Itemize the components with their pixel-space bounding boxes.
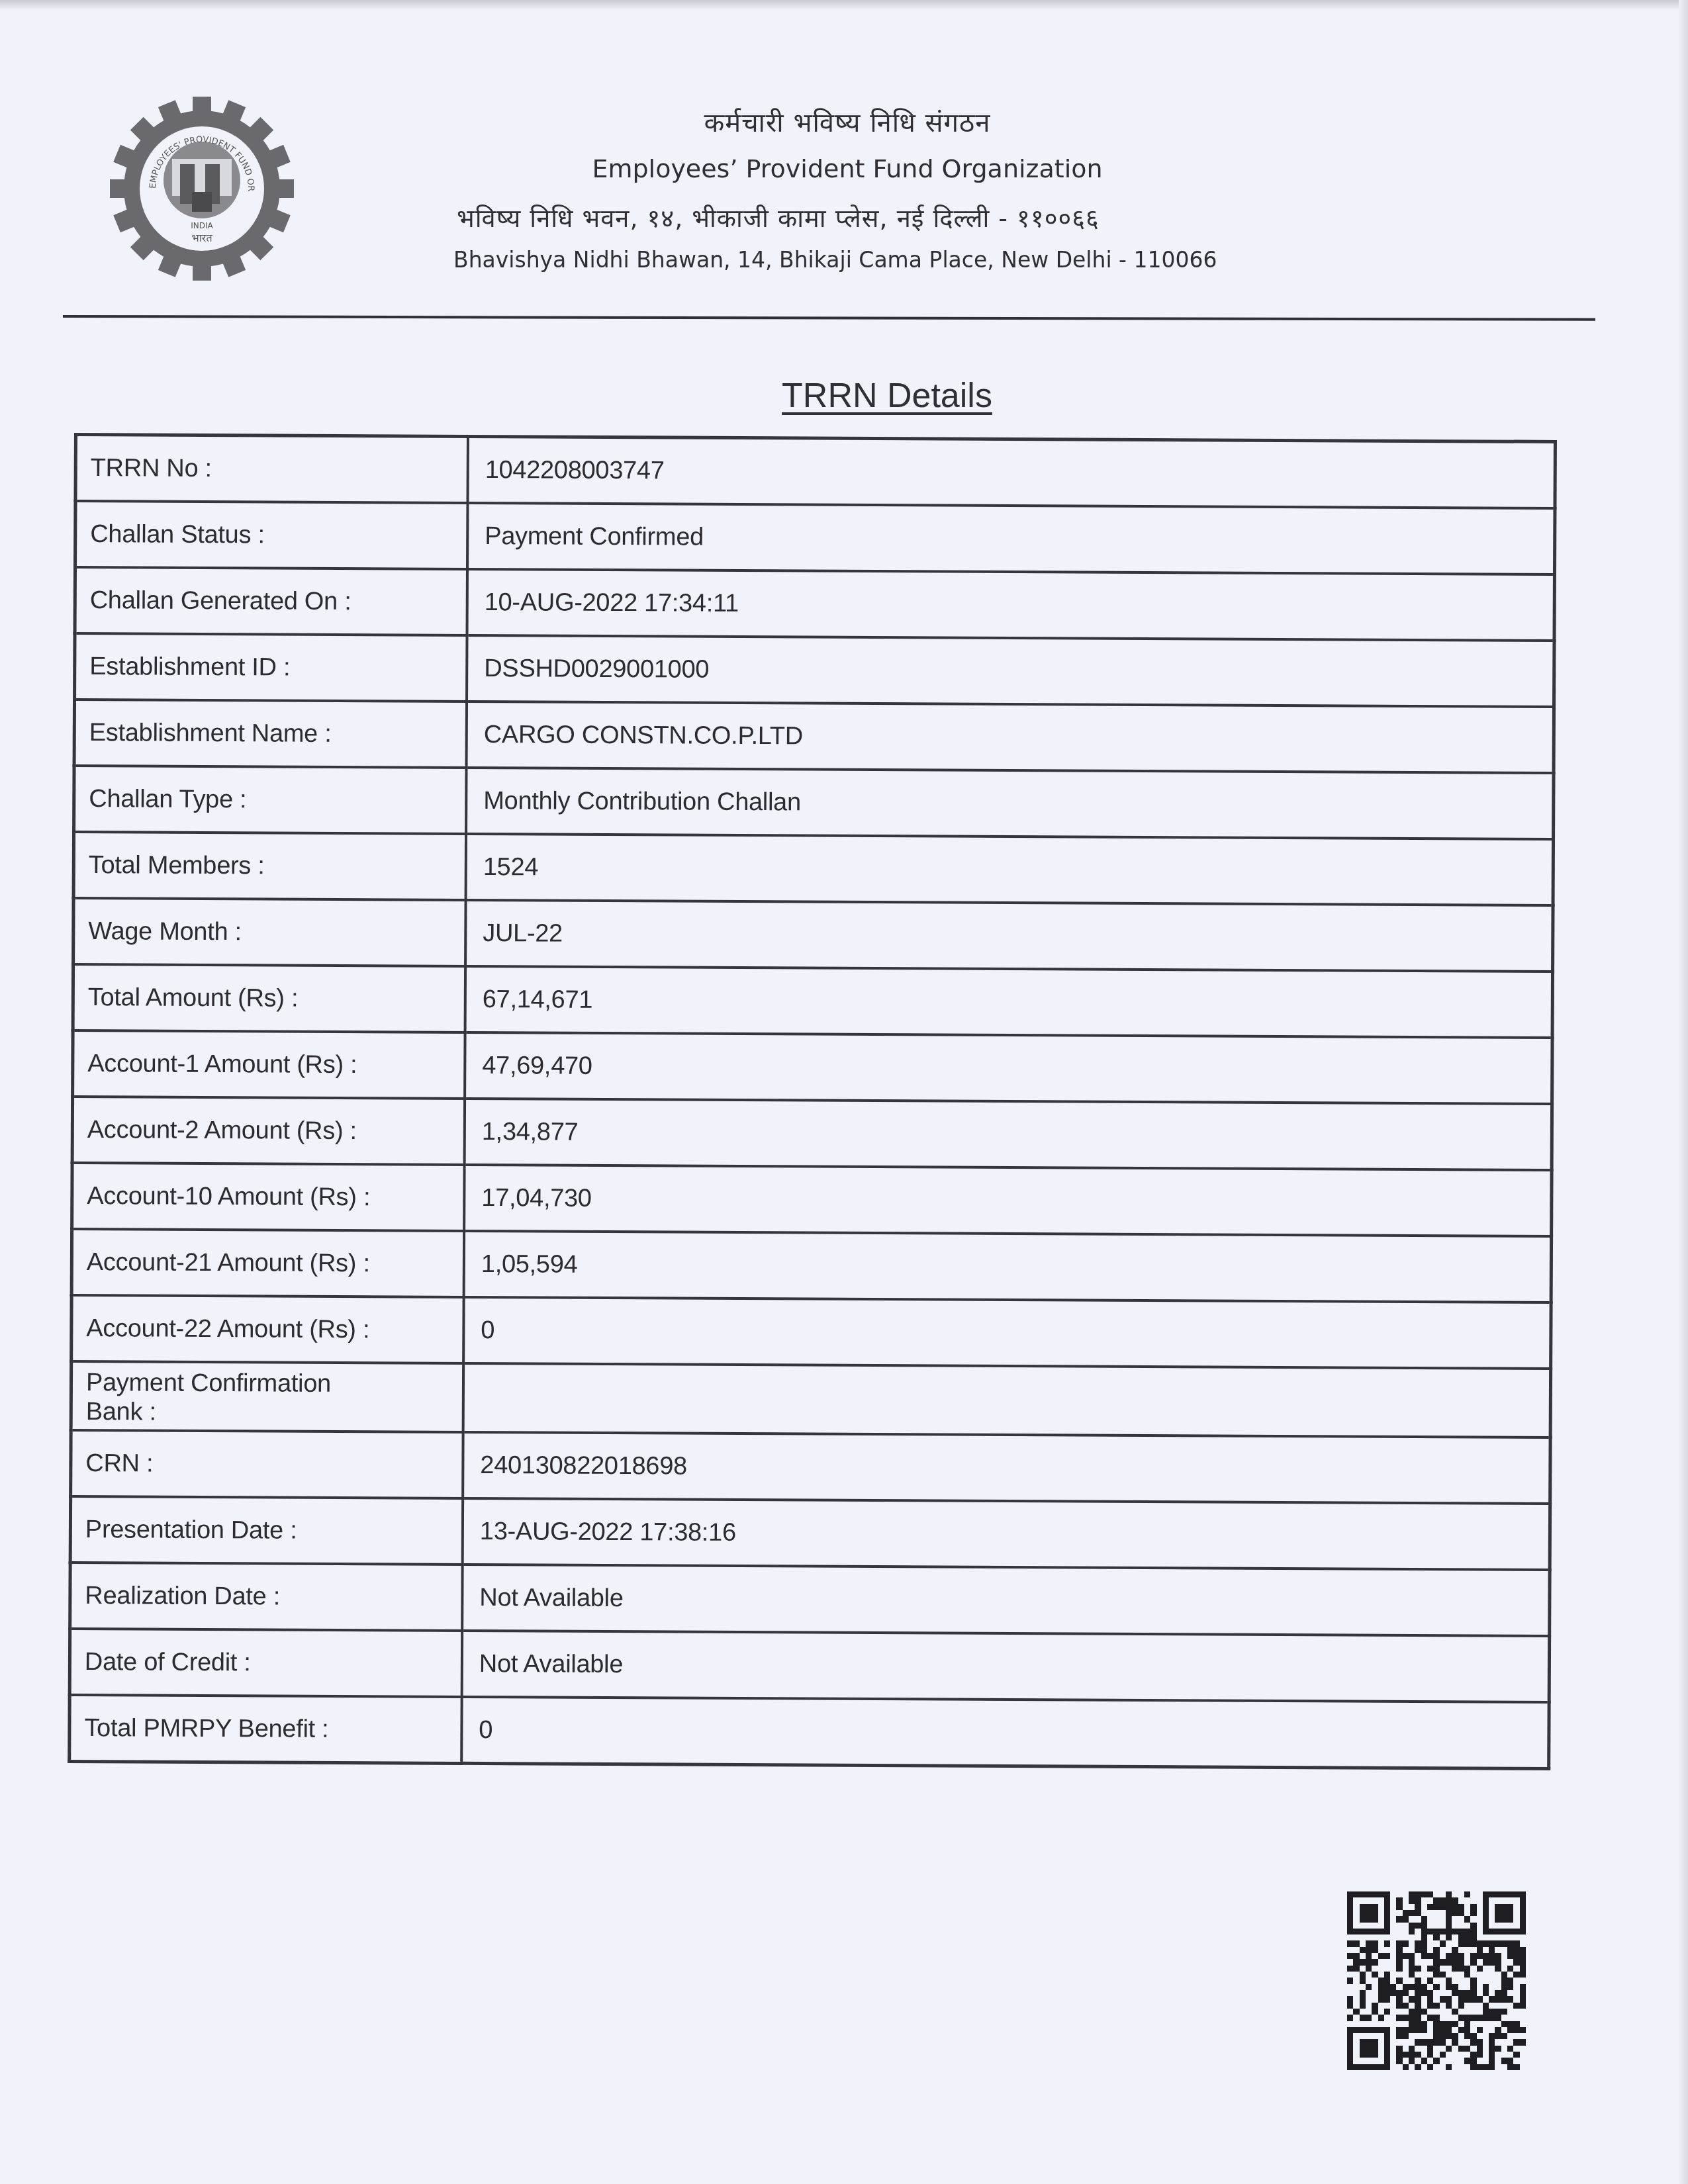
trrn-details-table-wrap: TRRN No :1042208003747Challan Status :Pa… (68, 433, 1557, 1770)
row-label: Total Amount (Rs) : (73, 964, 465, 1032)
table-row: Establishment Name :CARGO CONSTN.CO.P.LT… (74, 700, 1554, 773)
row-value: 10-AUG-2022 17:34:11 (467, 569, 1555, 641)
row-value: 67,14,671 (465, 966, 1553, 1038)
row-label: Establishment ID : (75, 633, 467, 702)
row-value: Not Available (462, 1565, 1550, 1636)
row-label: Account-21 Amount (Rs) : (71, 1229, 464, 1297)
row-value: 1,34,877 (465, 1099, 1552, 1170)
table-row: TRRN No :1042208003747 (75, 435, 1555, 508)
table-row: Total PMRPY Benefit :0 (70, 1695, 1549, 1768)
row-value (463, 1363, 1551, 1437)
address-hindi: भविष्य निधि भवन, १४, भीकाजी कामा प्लेस, … (437, 201, 1258, 235)
row-label: Challan Type : (74, 766, 467, 834)
table-row: Realization Date :Not Available (70, 1563, 1550, 1636)
table-row: Establishment ID :DSSHD0029001000 (75, 633, 1554, 707)
row-label: Account-22 Amount (Rs) : (71, 1295, 464, 1363)
table-row: Account-1 Amount (Rs) :47,69,470 (73, 1030, 1552, 1104)
row-value: Payment Confirmed (467, 503, 1555, 574)
table-row: Account-10 Amount (Rs) :17,04,730 (72, 1163, 1552, 1236)
org-name-hindi: कर्मचारी भविष्य निधि संगठन (437, 103, 1258, 140)
table-row: Total Members :1524 (73, 832, 1553, 905)
row-label: CRN : (71, 1430, 463, 1498)
table-row: Total Amount (Rs) :67,14,671 (73, 964, 1552, 1038)
table-row: Challan Status :Payment Confirmed (75, 501, 1555, 574)
address-english: Bhavishya Nidhi Bhawan, 14, Bhikaji Cama… (437, 247, 1258, 273)
row-value: 1524 (466, 834, 1554, 905)
table-row: Account-21 Amount (Rs) :1,05,594 (71, 1229, 1551, 1302)
table-row: Payment ConfirmationBank : (71, 1361, 1550, 1437)
row-label: Payment ConfirmationBank : (71, 1361, 463, 1432)
page-title: TRRN Details (0, 376, 1688, 416)
svg-text:INDIA: INDIA (191, 221, 213, 230)
row-value: DSSHD0029001000 (467, 635, 1554, 707)
row-value: JUL-22 (465, 900, 1553, 972)
row-value: 47,69,470 (465, 1032, 1552, 1104)
svg-text:भारत: भारत (191, 232, 212, 244)
scan-edge-top (0, 0, 1688, 9)
row-label: Account-2 Amount (Rs) : (72, 1097, 465, 1165)
scan-edge-right (1679, 0, 1688, 2184)
row-label: Date of Credit : (70, 1629, 462, 1697)
row-label: Realization Date : (70, 1563, 463, 1631)
table-row: Challan Type :Monthly Contribution Chall… (74, 766, 1554, 839)
row-label: Total Members : (73, 832, 466, 900)
row-label: Wage Month : (73, 898, 466, 966)
org-name-english: Employees’ Provident Fund Organization (437, 154, 1258, 183)
header-divider (63, 315, 1595, 321)
row-value: Monthly Contribution Challan (466, 768, 1554, 839)
document-header: कर्मचारी भविष्य निधि संगठन Employees’ Pr… (437, 99, 1258, 273)
row-value: 17,04,730 (464, 1165, 1552, 1236)
qr-code-icon (1347, 1891, 1526, 2070)
trrn-details-table: TRRN No :1042208003747Challan Status :Pa… (68, 433, 1557, 1770)
row-value: 13-AUG-2022 17:38:16 (463, 1498, 1550, 1570)
epfo-logo-icon: EMPLOYEES' PROVIDENT FUND ORGANISATION I… (106, 93, 298, 285)
row-label: TRRN No : (75, 435, 468, 503)
table-row: Presentation Date :13-AUG-2022 17:38:16 (70, 1496, 1550, 1570)
row-label: Challan Generated On : (75, 567, 467, 635)
table-row: Wage Month :JUL-22 (73, 898, 1553, 972)
row-value: 0 (461, 1697, 1549, 1769)
table-row: CRN :240130822018698 (71, 1430, 1550, 1504)
row-value: 0 (463, 1297, 1551, 1369)
table-row: Account-22 Amount (Rs) :0 (71, 1295, 1551, 1369)
row-value: CARGO CONSTN.CO.P.LTD (467, 702, 1554, 773)
row-label: Establishment Name : (74, 700, 467, 768)
table-row: Challan Generated On :10-AUG-2022 17:34:… (75, 567, 1554, 641)
row-value: 240130822018698 (463, 1432, 1550, 1504)
row-label: Account-1 Amount (Rs) : (73, 1030, 465, 1099)
row-label: Total PMRPY Benefit : (70, 1695, 462, 1763)
row-value: 1042208003747 (467, 436, 1555, 508)
row-label: Presentation Date : (70, 1496, 463, 1565)
row-value: 1,05,594 (464, 1231, 1552, 1302)
table-row: Account-2 Amount (Rs) :1,34,877 (72, 1097, 1552, 1170)
table-row: Date of Credit :Not Available (70, 1629, 1549, 1702)
row-label: Challan Status : (75, 501, 468, 569)
row-value: Not Available (462, 1631, 1550, 1702)
row-label: Account-10 Amount (Rs) : (72, 1163, 465, 1231)
